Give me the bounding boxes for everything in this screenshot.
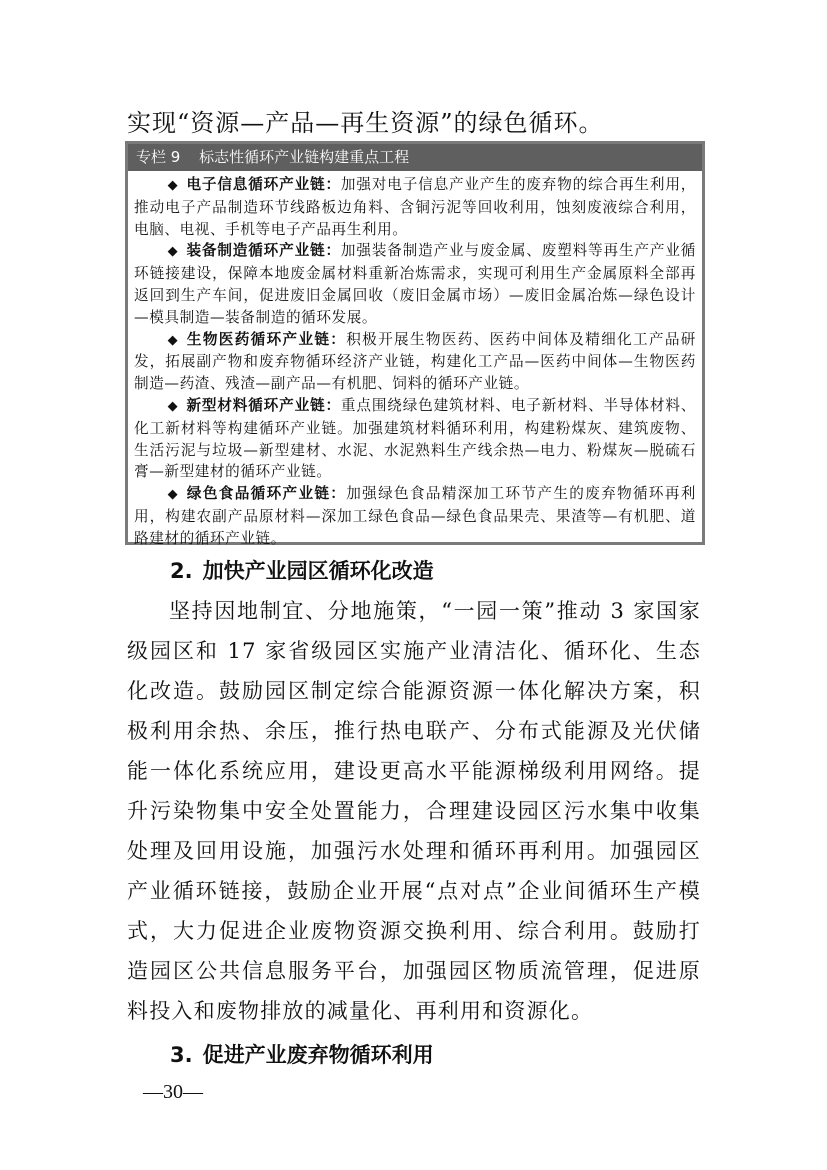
section-2-heading: 2.加快产业园区循环化改造 xyxy=(170,557,434,585)
diamond-bullet-icon: ◆ xyxy=(168,178,179,193)
feature-box-title: 标志性循环产业链构建重点工程 xyxy=(199,148,409,166)
box-item-new-materials: ◆新型材料循环产业链：重点围绕绿色建筑材料、电子新材料、半导体材料、化工新材料等… xyxy=(134,395,696,483)
box-item-title: 绿色食品循环产业链： xyxy=(187,485,346,502)
feature-box: 专栏 9 标志性循环产业链构建重点工程 ◆电子信息循环产业链：加强对电子信息产业… xyxy=(125,141,705,545)
section-3-title: 促进产业废弃物循环利用 xyxy=(203,1043,434,1067)
section-3-heading: 3.促进产业废弃物循环利用 xyxy=(170,1041,434,1069)
feature-box-body: ◆电子信息循环产业链：加强对电子信息产业产生的废弃物的综合再生利用，推动电子产品… xyxy=(128,171,702,550)
feature-box-tag: 专栏 9 xyxy=(136,148,180,166)
lead-line-text: 实现“资源—产品—再生资源”的绿色循环。 xyxy=(127,108,717,138)
section-2-title: 加快产业园区循环化改造 xyxy=(203,559,434,583)
box-item-title: 生物医药循环产业链： xyxy=(187,331,346,348)
box-item-title: 电子信息循环产业链： xyxy=(186,176,340,193)
box-item-title: 装备制造循环产业链： xyxy=(186,242,340,259)
box-item-electronics: ◆电子信息循环产业链：加强对电子信息产业产生的废弃物的综合再生利用，推动电子产品… xyxy=(134,174,696,240)
box-item-title: 新型材料循环产业链： xyxy=(186,397,340,414)
feature-box-header: 专栏 9 标志性循环产业链构建重点工程 xyxy=(128,144,702,171)
box-item-green-food: ◆绿色食品循环产业链：加强绿色食品精深加工环节产生的废弃物循环再利用，构建农副产… xyxy=(134,483,696,549)
document-page: 实现“资源—产品—再生资源”的绿色循环。 专栏 9 标志性循环产业链构建重点工程… xyxy=(0,0,827,1170)
diamond-bullet-icon: ◆ xyxy=(168,487,179,502)
section-2-number: 2. xyxy=(170,559,193,583)
section-2-paragraph: 坚持因地制宜、分地施策，“一园一策”推动 3 家国家级园区和 17 家省级园区实… xyxy=(127,591,701,1031)
page-number: —30— xyxy=(143,1080,203,1104)
box-item-biomedicine: ◆生物医药循环产业链：积极开展生物医药、医药中间体及精细化工产品研发，拓展副产物… xyxy=(134,329,696,395)
diamond-bullet-icon: ◆ xyxy=(168,244,179,259)
section-3-number: 3. xyxy=(170,1043,193,1067)
box-item-equipment: ◆装备制造循环产业链：加强装备制造产业与废金属、废塑料等再生产产业循环链接建设，… xyxy=(134,240,696,328)
diamond-bullet-icon: ◆ xyxy=(168,333,179,348)
diamond-bullet-icon: ◆ xyxy=(168,399,179,414)
